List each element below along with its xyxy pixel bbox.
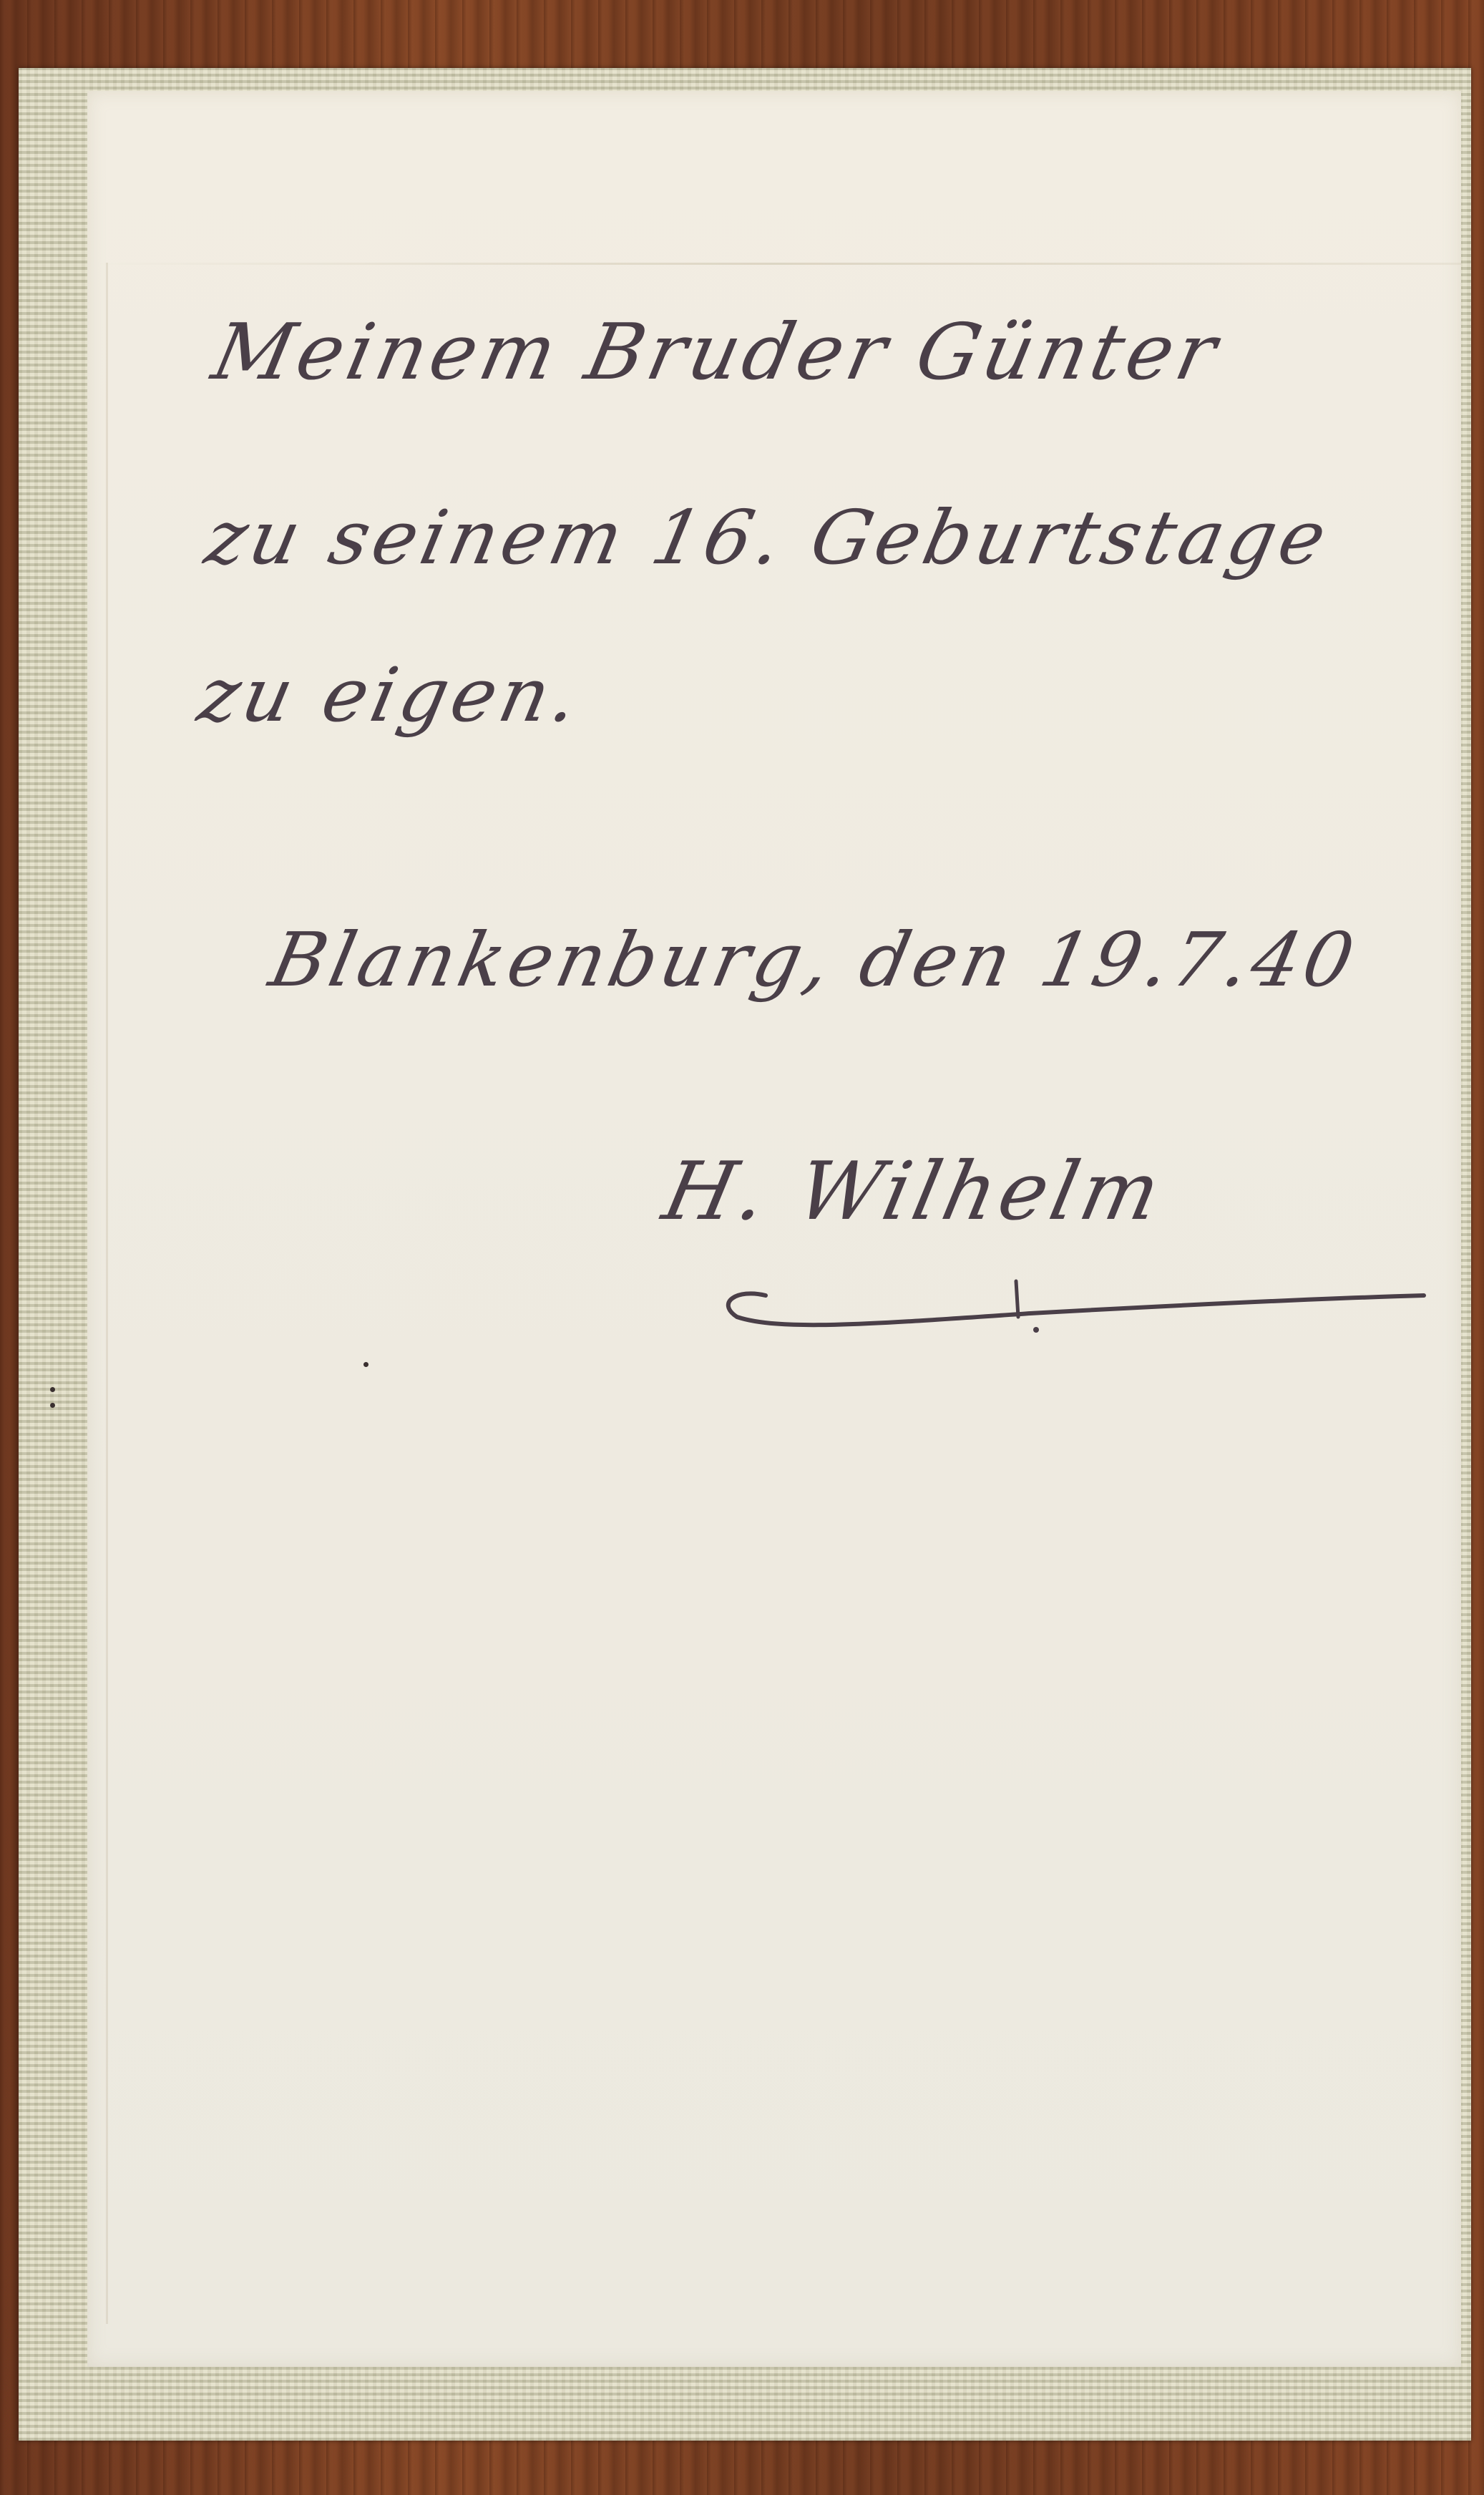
signature-flourish <box>658 1274 1431 1338</box>
page-emboss-line <box>92 263 1461 265</box>
place-and-date: Blankenburg, den 19.7.40 <box>263 916 1365 1003</box>
page-emboss-line-vertical <box>106 263 108 2324</box>
signature: H. Wilhelm <box>655 1145 1172 1238</box>
dedication-line-2: zu seinem 16. Geburtstage <box>198 494 1338 581</box>
ink-speck <box>363 1362 368 1367</box>
dedication-line-3: zu eigen. <box>191 651 590 739</box>
dedication-line-1: Meinem Bruder Günter <box>205 308 1229 397</box>
binding-hole <box>50 1387 55 1392</box>
binding-hole <box>50 1403 55 1408</box>
